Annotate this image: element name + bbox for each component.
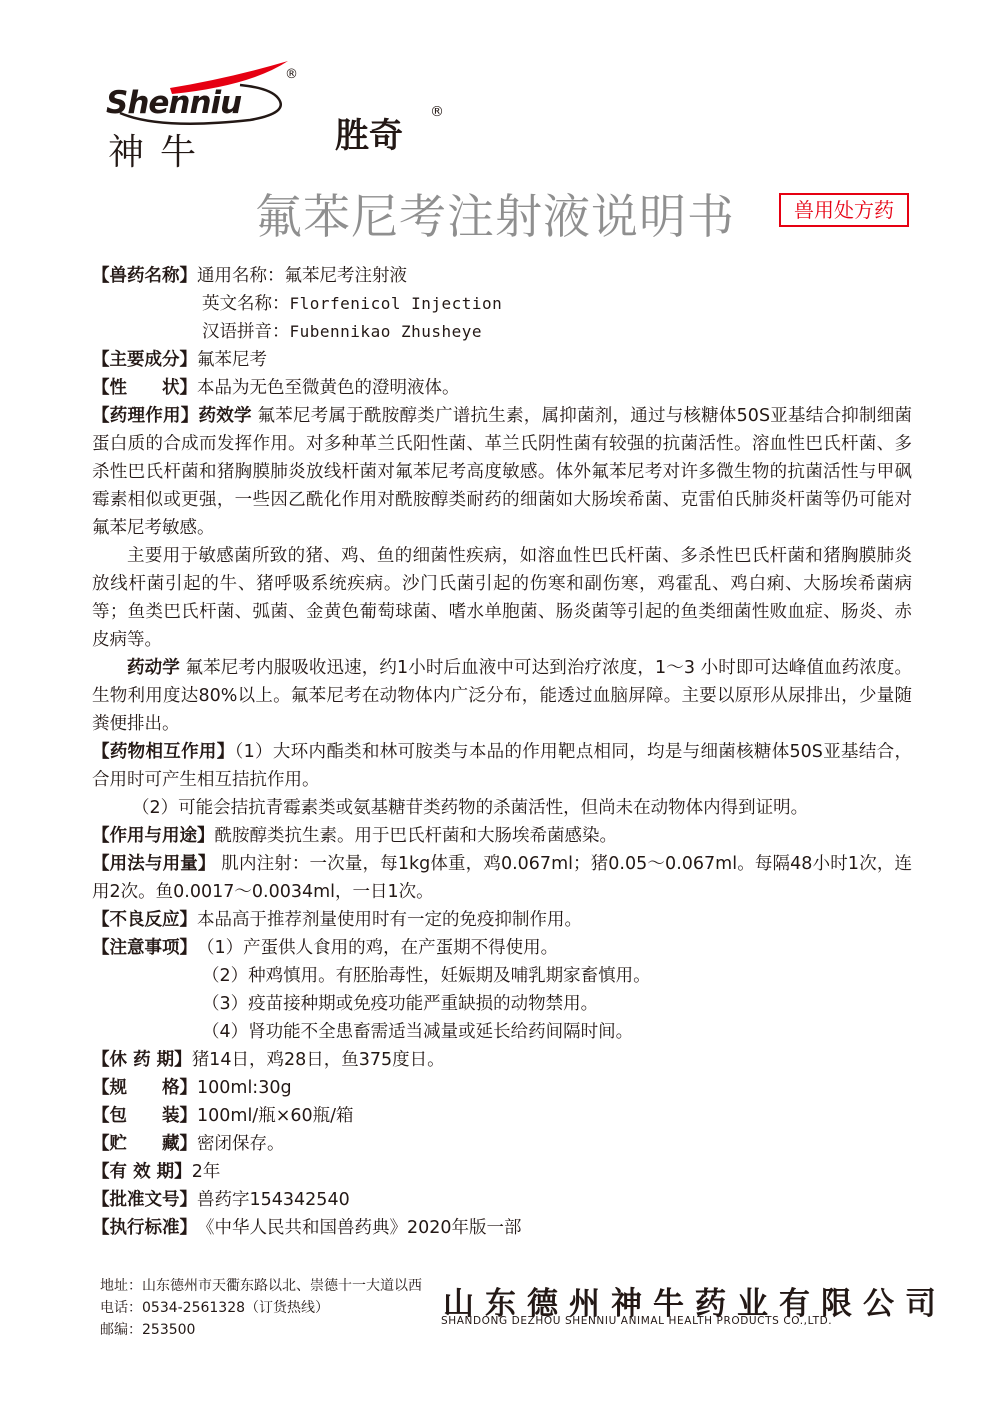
precaution-item: （3）疫苗接种期或免疫功能严重缺损的动物禁用。 xyxy=(92,990,912,1018)
pharmacokinetics: 药动学 氟苯尼考内服吸收迅速，约1小时后血液中可达到治疗浓度，1～3 小时即可达… xyxy=(92,654,912,738)
section-value: 酰胺醇类抗生素。用于巴氏杆菌和大肠埃希菌感染。 xyxy=(215,822,913,850)
section-value: 100ml:30g xyxy=(197,1074,912,1102)
section-label: 【有 效 期】 xyxy=(92,1158,192,1186)
interaction-item-2: （2）可能会拮抗青霉素类或氨基糖苷类药物的杀菌活性，但尚未在动物体内得到证明。 xyxy=(92,794,912,822)
section-label: 【药物相互作用】 xyxy=(92,742,235,762)
section-label: 【不良反应】 xyxy=(92,906,197,934)
section-label: 【包 装】 xyxy=(92,1102,197,1130)
section-adverse: 【不良反应】 本品高于推荐剂量使用时有一定的免疫抑制作用。 xyxy=(92,906,912,934)
section-label: 【休 药 期】 xyxy=(92,1046,192,1074)
section-label: 【用法与用量】 xyxy=(92,854,216,874)
prescription-badge: 兽用处方药 xyxy=(779,193,909,227)
section-pharmacology: 【药理作用】药效学 氟苯尼考属于酰胺醇类广谱抗生素，属抑菌剂，通过与核糖体50S… xyxy=(92,402,912,542)
section-package: 【包 装】 100ml/瓶×60瓶/箱 xyxy=(92,1102,912,1130)
section-ingredient: 【主要成分】 氟苯尼考 xyxy=(92,346,912,374)
logo-chinese-name: 神牛 xyxy=(108,124,212,175)
section-label: 【兽药名称】 xyxy=(92,262,197,290)
brand-name: 胜奇 xyxy=(335,108,403,157)
section-value: 兽药字154342540 xyxy=(197,1186,912,1214)
section-value: 2年 xyxy=(192,1158,912,1186)
section-label: 【执行标准】 xyxy=(92,1214,197,1242)
pharmacodynamics-heading: 药效学 xyxy=(198,406,251,426)
section-approval: 【批准文号】 兽药字154342540 xyxy=(92,1186,912,1214)
section-label: 【规 格】 xyxy=(92,1074,197,1102)
pharmacokinetics-text: 氟苯尼考内服吸收迅速，约1小时后血液中可达到治疗浓度，1～3 小时即可达峰值血药… xyxy=(92,658,912,734)
precaution-item: （1）产蛋供人食用的鸡，在产蛋期不得使用。 xyxy=(197,934,912,962)
section-value: 氟苯尼考 xyxy=(197,346,912,374)
svg-text:®: ® xyxy=(285,67,298,82)
section-dosage: 【用法与用量】 肌内注射：一次量，每1kg体重，鸡0.067ml；猪0.05～0… xyxy=(92,850,912,906)
section-standard: 【执行标准】 《中华人民共和国兽药典》2020年版一部 xyxy=(92,1214,912,1242)
section-interactions: 【药物相互作用】（1）大环内酯类和林可胺类与本品的作用靶点相同，均是与细菌核糖体… xyxy=(92,738,912,794)
shenniu-logo-icon: Shenniu ® xyxy=(100,58,300,128)
generic-name: 通用名称：氟苯尼考注射液 xyxy=(197,262,912,290)
section-label: 【贮 藏】 xyxy=(92,1130,197,1158)
registered-mark-icon: ® xyxy=(430,104,444,120)
section-withdrawal: 【休 药 期】 猪14日，鸡28日，鱼375度日。 xyxy=(92,1046,912,1074)
section-precautions: 【注意事项】 （1）产蛋供人食用的鸡，在产蛋期不得使用。 xyxy=(92,934,912,962)
precaution-item: （4）肾功能不全患畜需适当减量或延长给药间隔时间。 xyxy=(92,1018,912,1046)
section-value: 肌内注射：一次量，每1kg体重，鸡0.067ml；猪0.05～0.067ml。每… xyxy=(92,854,912,902)
section-storage: 【贮 藏】 密闭保存。 xyxy=(92,1130,912,1158)
address: 地址：山东德州市天衢东路以北、崇德十一大道以西 xyxy=(100,1275,422,1297)
company-logo: Shenniu ® 神牛 xyxy=(100,58,300,163)
section-label: 【批准文号】 xyxy=(92,1186,197,1214)
contact-info: 地址：山东德州市天衢东路以北、崇德十一大道以西 电话：0534-2561328（… xyxy=(100,1275,422,1341)
company-name-en: SHANDONG DEZHOU SHENNIU ANIMAL HEALTH PR… xyxy=(441,1315,832,1327)
section-value: 100ml/瓶×60瓶/箱 xyxy=(197,1102,912,1130)
section-value: 猪14日，鸡28日，鱼375度日。 xyxy=(192,1046,912,1074)
pharmacokinetics-heading: 药动学 xyxy=(127,658,180,678)
section-label: 【药理作用】 xyxy=(92,406,198,426)
phone: 电话：0534-2561328（订货热线） xyxy=(100,1297,422,1319)
section-indications: 【作用与用途】 酰胺醇类抗生素。用于巴氏杆菌和大肠埃希菌感染。 xyxy=(92,822,912,850)
section-validity: 【有 效 期】 2年 xyxy=(92,1158,912,1186)
pinyin-name: 汉语拼音：Fubennikao Zhusheye xyxy=(92,318,912,346)
section-name: 【兽药名称】 通用名称：氟苯尼考注射液 xyxy=(92,262,912,290)
section-value: 本品高于推荐剂量使用时有一定的免疫抑制作用。 xyxy=(197,906,912,934)
section-label: 【注意事项】 xyxy=(92,934,197,962)
precaution-item: （2）种鸡慎用。有胚胎毒性，妊娠期及哺乳期家畜慎用。 xyxy=(92,962,912,990)
indications-detail: 主要用于敏感菌所致的猪、鸡、鱼的细菌性疾病，如溶血性巴氏杆菌、多杀性巴氏杆菌和猪… xyxy=(92,542,912,654)
english-name: 英文名称：Florfenicol Injection xyxy=(92,290,912,318)
section-label: 【作用与用途】 xyxy=(92,822,215,850)
section-appearance: 【性 状】 本品为无色至微黄色的澄明液体。 xyxy=(92,374,912,402)
section-label: 【性 状】 xyxy=(92,374,197,402)
document-title: 氟苯尼考注射液说明书 xyxy=(255,180,735,247)
section-value: 本品为无色至微黄色的澄明液体。 xyxy=(197,374,912,402)
section-label: 【主要成分】 xyxy=(92,346,197,374)
postcode: 邮编：253500 xyxy=(100,1319,422,1341)
svg-text:Shenniu: Shenniu xyxy=(106,85,242,121)
section-value: 密闭保存。 xyxy=(197,1130,912,1158)
section-spec: 【规 格】 100ml:30g xyxy=(92,1074,912,1102)
leaflet-content: 【兽药名称】 通用名称：氟苯尼考注射液 英文名称：Florfenicol Inj… xyxy=(92,262,912,1242)
section-value: 《中华人民共和国兽药典》2020年版一部 xyxy=(197,1214,912,1242)
